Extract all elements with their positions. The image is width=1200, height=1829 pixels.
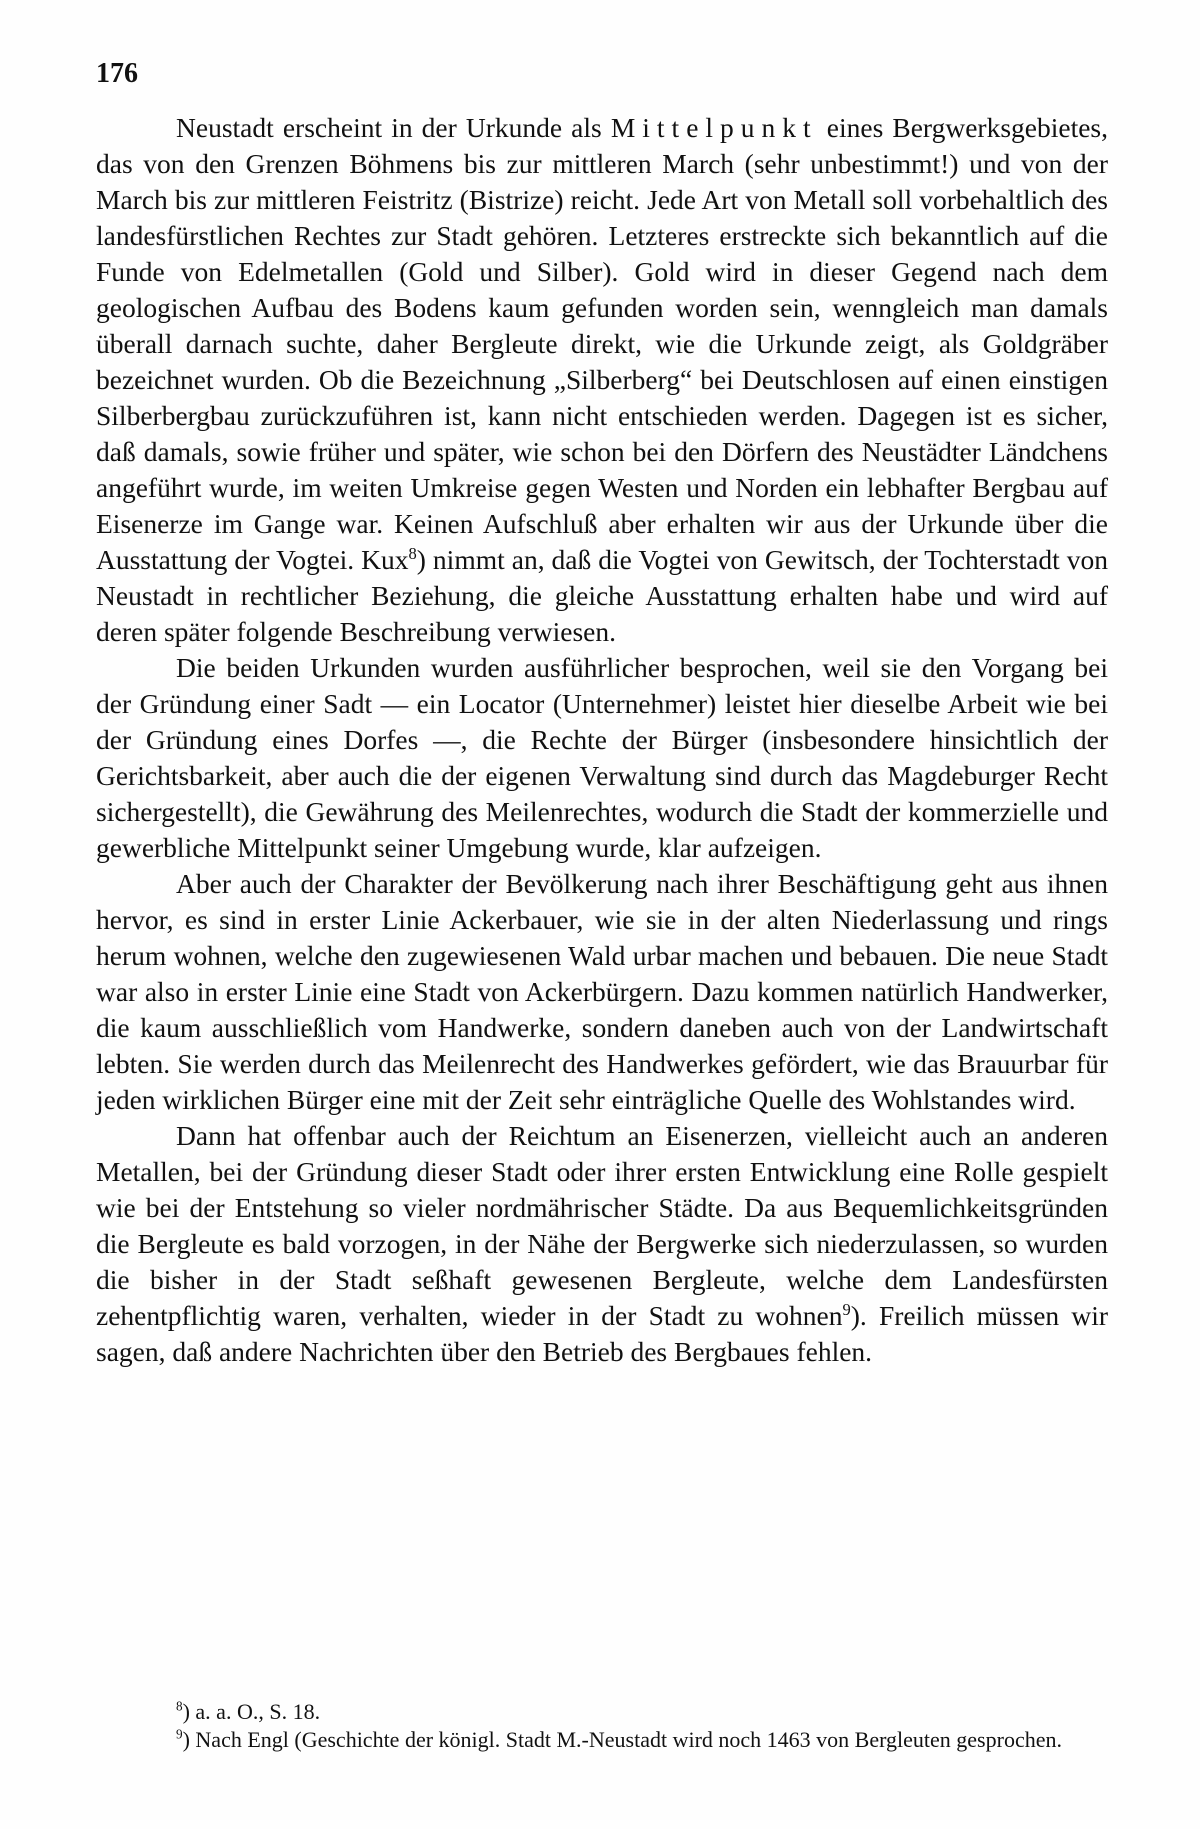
footnote-ref-8: 8 xyxy=(409,544,417,563)
document-page: 176 Neustadt erscheint in der Urkunde al… xyxy=(0,0,1200,1829)
page-number: 176 xyxy=(96,58,138,90)
footnote-ref-9: 9 xyxy=(842,1300,850,1319)
text-run: eines Bergwerksgebietes, das von den Gre… xyxy=(96,112,1108,575)
footnote-8: 8) a. a. O., S. 18. xyxy=(96,1698,1108,1726)
text-run: Neustadt erscheint in der Urkunde als xyxy=(176,112,611,143)
text-run: Aber auch der Charakter der Bevölkerung … xyxy=(96,868,1108,1115)
paragraph-3: Aber auch der Charakter der Bevölkerung … xyxy=(96,866,1108,1118)
paragraph-2: Die beiden Urkunden wurden ausführlicher… xyxy=(96,650,1108,866)
text-run: Die beiden Urkunden wurden ausführlicher… xyxy=(96,652,1108,863)
footnote-marker: 9 xyxy=(176,1727,183,1742)
paragraph-1: Neustadt erscheint in der Urkunde als Mi… xyxy=(96,110,1108,650)
footnote-marker: 8 xyxy=(176,1699,183,1714)
body-text: Neustadt erscheint in der Urkunde als Mi… xyxy=(96,110,1108,1370)
emphasized-term: Mittelpunkt xyxy=(611,112,818,143)
footnote-text: Nach Engl (Geschichte der königl. Stadt … xyxy=(195,1727,1062,1752)
footnotes: 8) a. a. O., S. 18. 9) Nach Engl (Geschi… xyxy=(96,1698,1108,1754)
paragraph-4: Dann hat offenbar auch der Reichtum an E… xyxy=(96,1118,1108,1370)
footnote-text: a. a. O., S. 18. xyxy=(195,1699,320,1724)
footnote-9: 9) Nach Engl (Geschichte der königl. Sta… xyxy=(96,1726,1108,1754)
